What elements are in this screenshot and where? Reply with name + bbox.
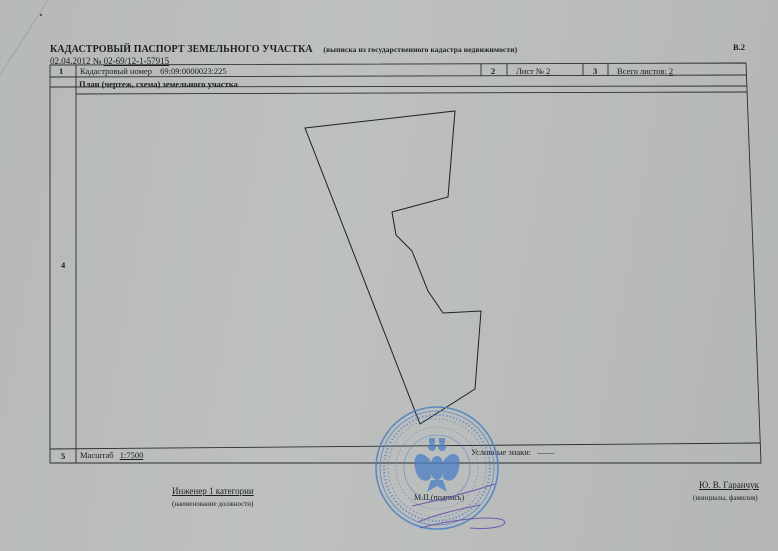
eagle-emblem-icon (414, 438, 459, 492)
signature (412, 484, 505, 528)
official-stamp (0, 0, 778, 551)
